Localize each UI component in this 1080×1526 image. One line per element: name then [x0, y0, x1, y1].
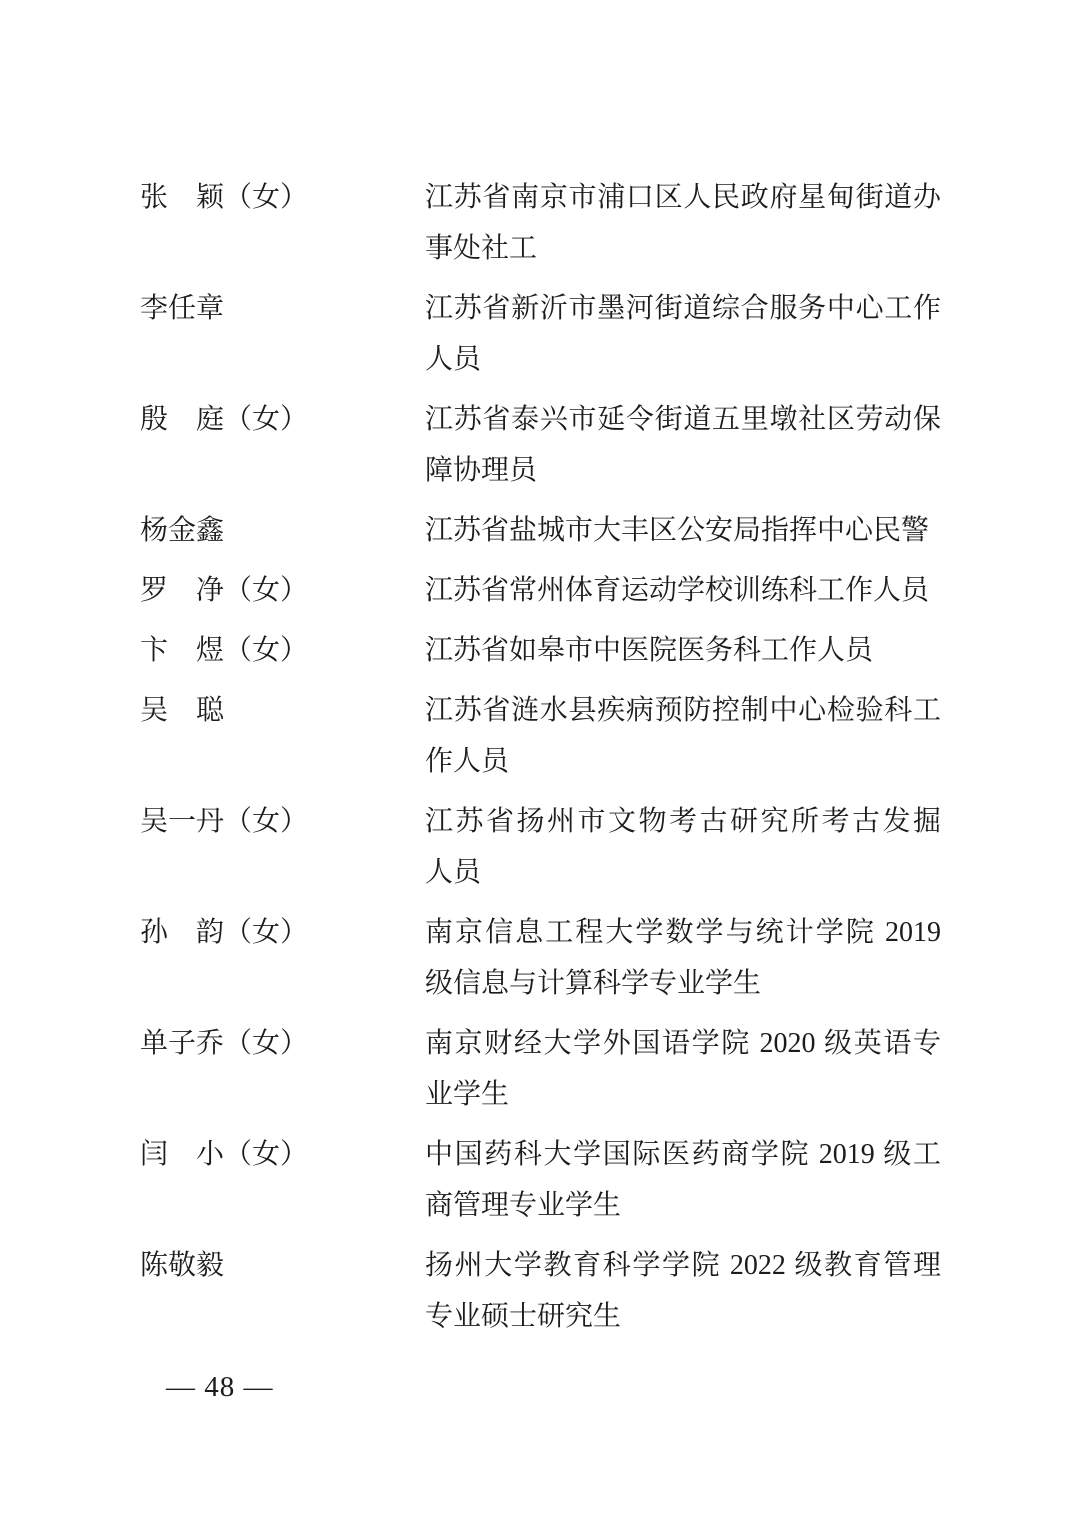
gender-suffix: （女） — [224, 1018, 308, 1069]
list-item: 张 颖（女） 江苏省南京市浦口区人民政府星甸街道办事处社工 — [140, 172, 950, 274]
document-page: 张 颖（女） 江苏省南京市浦口区人民政府星甸街道办事处社工 李任章 江苏省新沂市… — [0, 0, 1080, 1526]
page-number: — 48 — — [166, 1362, 274, 1413]
name-cell: 殷 庭（女） — [140, 394, 425, 445]
person-description: 中国药科大学国际医药商学院 2019 级工商管理专业学生 — [425, 1129, 941, 1231]
name-cell: 罗 净（女） — [140, 565, 425, 616]
gender-suffix: （女） — [224, 172, 308, 223]
person-description: 南京信息工程大学数学与统计学院 2019级信息与计算科学专业学生 — [425, 907, 941, 1009]
description-line: 专业硕士研究生 — [425, 1291, 941, 1342]
description-line: 江苏省南京市浦口区人民政府星甸街道办 — [425, 172, 941, 223]
gender-suffix: （女） — [224, 796, 308, 847]
description-line: 南京财经大学外国语学院 2020 级英语专 — [425, 1018, 941, 1069]
list-item: 殷 庭（女） 江苏省泰兴市延令街道五里墩社区劳动保障协理员 — [140, 394, 950, 496]
person-name: 卞 煜 — [140, 625, 224, 676]
description-line: 作人员 — [425, 736, 941, 787]
person-name: 罗 净 — [140, 565, 224, 616]
person-description: 江苏省南京市浦口区人民政府星甸街道办事处社工 — [425, 172, 941, 274]
list-item: 吴 聪 江苏省涟水县疾病预防控制中心检验科工作人员 — [140, 685, 950, 787]
person-name: 张 颖 — [140, 172, 224, 223]
name-cell: 孙 韵（女） — [140, 907, 425, 958]
list-item: 吴一丹（女） 江苏省扬州市文物考古研究所考古发掘人员 — [140, 796, 950, 898]
list-item: 单子乔（女） 南京财经大学外国语学院 2020 级英语专业学生 — [140, 1018, 950, 1120]
description-line: 级信息与计算科学专业学生 — [425, 958, 941, 1009]
list-item: 闫 小（女） 中国药科大学国际医药商学院 2019 级工商管理专业学生 — [140, 1129, 950, 1231]
description-line: 江苏省扬州市文物考古研究所考古发掘 — [425, 796, 941, 847]
person-description: 江苏省常州体育运动学校训练科工作人员 — [425, 565, 941, 616]
description-line: 障协理员 — [425, 445, 941, 496]
person-name: 杨金鑫 — [140, 505, 224, 556]
description-line: 人员 — [425, 847, 941, 898]
description-line: 南京信息工程大学数学与统计学院 2019 — [425, 907, 941, 958]
person-name: 陈敬毅 — [140, 1240, 224, 1291]
name-cell: 吴 聪 — [140, 685, 425, 736]
person-description: 江苏省盐城市大丰区公安局指挥中心民警 — [425, 505, 941, 556]
description-line: 江苏省涟水县疾病预防控制中心检验科工 — [425, 685, 941, 736]
description-line: 业学生 — [425, 1069, 941, 1120]
description-line: 江苏省常州体育运动学校训练科工作人员 — [425, 565, 941, 616]
person-description: 江苏省新沂市墨河街道综合服务中心工作人员 — [425, 283, 941, 385]
person-name: 李任章 — [140, 283, 224, 334]
gender-suffix: （女） — [224, 1129, 308, 1180]
name-cell: 杨金鑫 — [140, 505, 425, 556]
name-cell: 单子乔（女） — [140, 1018, 425, 1069]
list-item: 卞 煜（女） 江苏省如皋市中医院医务科工作人员 — [140, 625, 950, 676]
gender-suffix: （女） — [224, 625, 308, 676]
person-description: 江苏省泰兴市延令街道五里墩社区劳动保障协理员 — [425, 394, 941, 496]
description-line: 江苏省泰兴市延令街道五里墩社区劳动保 — [425, 394, 941, 445]
description-line: 事处社工 — [425, 223, 941, 274]
description-line: 江苏省新沂市墨河街道综合服务中心工作 — [425, 283, 941, 334]
person-name: 孙 韵 — [140, 907, 224, 958]
name-cell: 张 颖（女） — [140, 172, 425, 223]
description-line: 扬州大学教育科学学院 2022 级教育管理 — [425, 1240, 941, 1291]
person-description: 江苏省涟水县疾病预防控制中心检验科工作人员 — [425, 685, 941, 787]
name-cell: 李任章 — [140, 283, 425, 334]
person-description: 扬州大学教育科学学院 2022 级教育管理专业硕士研究生 — [425, 1240, 941, 1342]
person-name: 吴 聪 — [140, 685, 224, 736]
description-line: 中国药科大学国际医药商学院 2019 级工 — [425, 1129, 941, 1180]
person-name: 闫 小 — [140, 1129, 224, 1180]
name-cell: 闫 小（女） — [140, 1129, 425, 1180]
description-line: 江苏省盐城市大丰区公安局指挥中心民警 — [425, 505, 941, 556]
list-item: 李任章 江苏省新沂市墨河街道综合服务中心工作人员 — [140, 283, 950, 385]
person-name: 单子乔 — [140, 1018, 224, 1069]
award-list: 张 颖（女） 江苏省南京市浦口区人民政府星甸街道办事处社工 李任章 江苏省新沂市… — [140, 172, 950, 1351]
person-description: 江苏省扬州市文物考古研究所考古发掘人员 — [425, 796, 941, 898]
list-item: 陈敬毅 扬州大学教育科学学院 2022 级教育管理专业硕士研究生 — [140, 1240, 950, 1342]
list-item: 罗 净（女） 江苏省常州体育运动学校训练科工作人员 — [140, 565, 950, 616]
person-name: 殷 庭 — [140, 394, 224, 445]
person-description: 江苏省如皋市中医院医务科工作人员 — [425, 625, 941, 676]
name-cell: 卞 煜（女） — [140, 625, 425, 676]
gender-suffix: （女） — [224, 394, 308, 445]
list-item: 杨金鑫 江苏省盐城市大丰区公安局指挥中心民警 — [140, 505, 950, 556]
gender-suffix: （女） — [224, 565, 308, 616]
person-name: 吴一丹 — [140, 796, 224, 847]
description-line: 商管理专业学生 — [425, 1180, 941, 1231]
gender-suffix: （女） — [224, 907, 308, 958]
list-item: 孙 韵（女） 南京信息工程大学数学与统计学院 2019级信息与计算科学专业学生 — [140, 907, 950, 1009]
description-line: 江苏省如皋市中医院医务科工作人员 — [425, 625, 941, 676]
person-description: 南京财经大学外国语学院 2020 级英语专业学生 — [425, 1018, 941, 1120]
name-cell: 陈敬毅 — [140, 1240, 425, 1291]
name-cell: 吴一丹（女） — [140, 796, 425, 847]
description-line: 人员 — [425, 334, 941, 385]
